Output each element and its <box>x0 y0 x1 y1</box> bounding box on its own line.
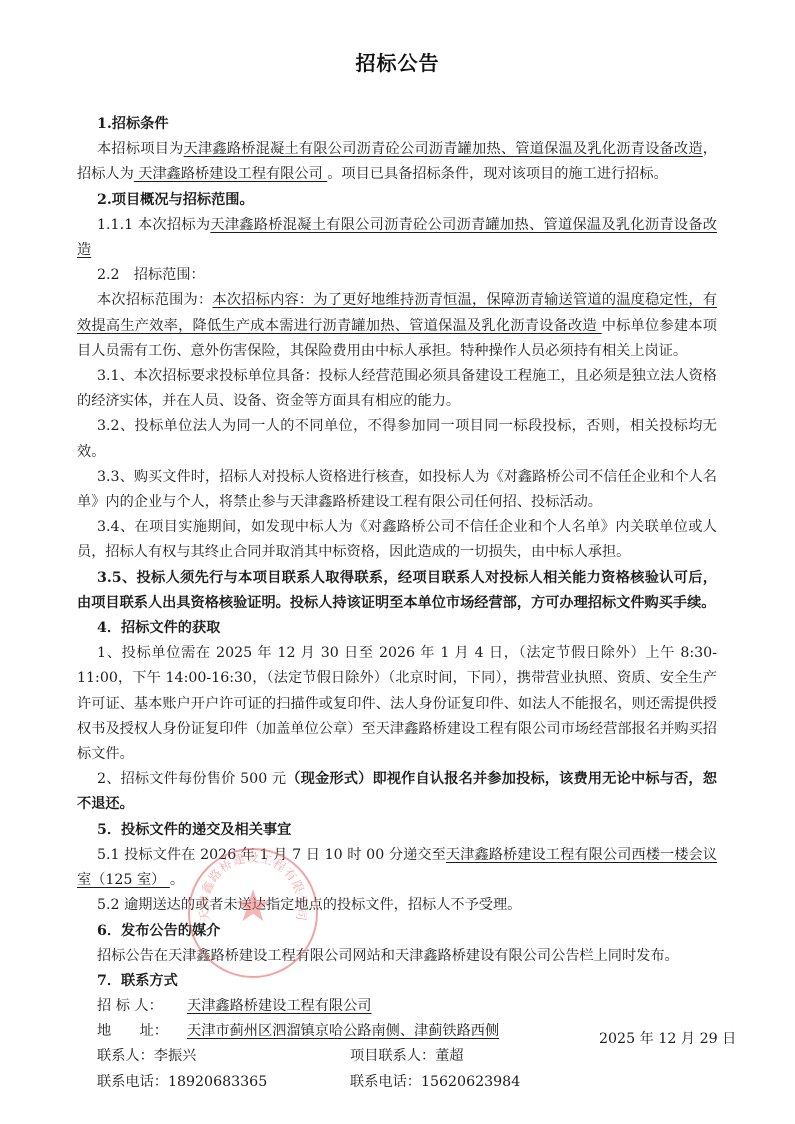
section-5-1: 5.1 投标文件在 2026 年 1 月 7 日 10 时 00 分递交至天津鑫… <box>77 843 717 893</box>
text: 。 <box>170 872 184 888</box>
section-2-1-1: 1.1.1 本次招标为天津鑫路桥混凝土有限公司沥青砼公司沥青罐加热、管道保温及乳… <box>77 213 717 263</box>
clause-3-2: 3.2、投标单位法人为同一人的不同单位，不得参加同一项目同一标段投标，否则，相关… <box>77 414 717 464</box>
address-label: 地 址： <box>97 1019 168 1044</box>
clause-3-1: 3.1、本次招标要求投标单位具备：投标人经营范围必须具备建设工程施工，且必须是独… <box>77 364 717 414</box>
document-body: 1.招标条件 本招标项目为天津鑫路桥混凝土有限公司沥青砼公司沥青罐加热、管道保温… <box>77 112 717 1095</box>
announcement-page: 招标公告 1.招标条件 本招标项目为天津鑫路桥混凝土有限公司沥青砼公司沥青罐加热… <box>0 0 795 1124</box>
text: 5.1 投标文件在 2026 年 1 月 7 日 10 时 00 分递交至 <box>97 847 446 863</box>
text: 本次招标范围为： <box>97 292 212 308</box>
text: 1.1.1 本次招标为 <box>97 217 210 233</box>
section-4-item-2: 2、招标文件每份售价 500 元（现金形式）即视作自认报名并参加投标，该费用无论… <box>77 767 717 817</box>
page-title: 招标公告 <box>0 47 795 76</box>
section-6-heading: 6．发布公告的媒介 <box>77 919 717 944</box>
clause-3-3: 3.3、购买文件时，招标人对投标人资格进行核查，如投标人为《对鑫路桥公司不信任企… <box>77 465 717 515</box>
tenderer-name: 天津鑫路桥建设工程有限公司 <box>134 166 327 182</box>
project-name: 天津鑫路桥混凝土有限公司沥青砼公司沥青罐加热、管道保温及乳化沥青设备改造 <box>184 141 703 157</box>
tenderer-label: 招 标 人： <box>97 994 163 1019</box>
section-5-heading: 5．投标文件的递交及相关事宜 <box>77 818 717 843</box>
address-value: 天津市蓟州区泗溜镇京哈公路南侧、津蓟铁路西侧 <box>187 1019 499 1044</box>
section-5-2: 5.2 逾期送达的或者未送达指定地点的投标文件，招标人不予受理。 <box>77 893 717 918</box>
tenderer-value: 天津鑫路桥建设工程有限公司 <box>187 994 371 1019</box>
text: 。项目已具备招标条件，现对该项目的施工进行招标。 <box>327 166 668 182</box>
section-1-heading: 1.招标条件 <box>77 112 717 137</box>
text: 2、招标文件每份售价 500 元 <box>97 771 286 787</box>
section-7-heading: 7．联系方式 <box>77 969 717 994</box>
clause-3-5: 3.5、投标人须先行与本项目联系人取得联系，经项目联系人对投标人相关能力资格核验… <box>77 566 717 616</box>
project-contact-person: 项目联系人：董超 <box>350 1044 464 1069</box>
section-1-paragraph: 本招标项目为天津鑫路桥混凝土有限公司沥青砼公司沥青罐加热、管道保温及乳化沥青设备… <box>77 137 717 187</box>
announcement-date: 2025 年 12 月 29 日 <box>599 1029 736 1049</box>
contact-person: 联系人：李振兴 <box>97 1044 196 1069</box>
phones-row: 联系电话：18920683365 联系电话：15620623984 <box>77 1070 717 1095</box>
tenderer-row: 招 标 人： 天津鑫路桥建设工程有限公司 <box>77 994 717 1019</box>
section-4-heading: 4．招标文件的获取 <box>77 616 717 641</box>
contact-phone: 联系电话：18920683365 <box>97 1070 267 1095</box>
clause-3-4: 3.4、在项目实施期间，如发现中标人为《对鑫路桥公司不信任企业和个人名单》内关联… <box>77 515 717 565</box>
section-4-item-1: 1、投标单位需在 2025 年 12 月 30 日至 2026 年 1 月 4 … <box>77 641 717 767</box>
section-6-paragraph: 招标公告在天津鑫路桥建设工程有限公司网站和天津鑫路桥建设有限公司公告栏上同时发布… <box>77 944 717 969</box>
section-2-2-label: 2.2 招标范围： <box>77 263 717 288</box>
text: 本招标项目为 <box>97 141 184 157</box>
scope-paragraph: 本次招标范围为：本次招标内容：为了更好地维持沥青恒温，保障沥青输送管道的温度稳定… <box>77 288 717 364</box>
section-2-heading: 2.项目概况与招标范围。 <box>77 188 717 213</box>
project-contact-phone: 联系电话：15620623984 <box>350 1070 520 1095</box>
